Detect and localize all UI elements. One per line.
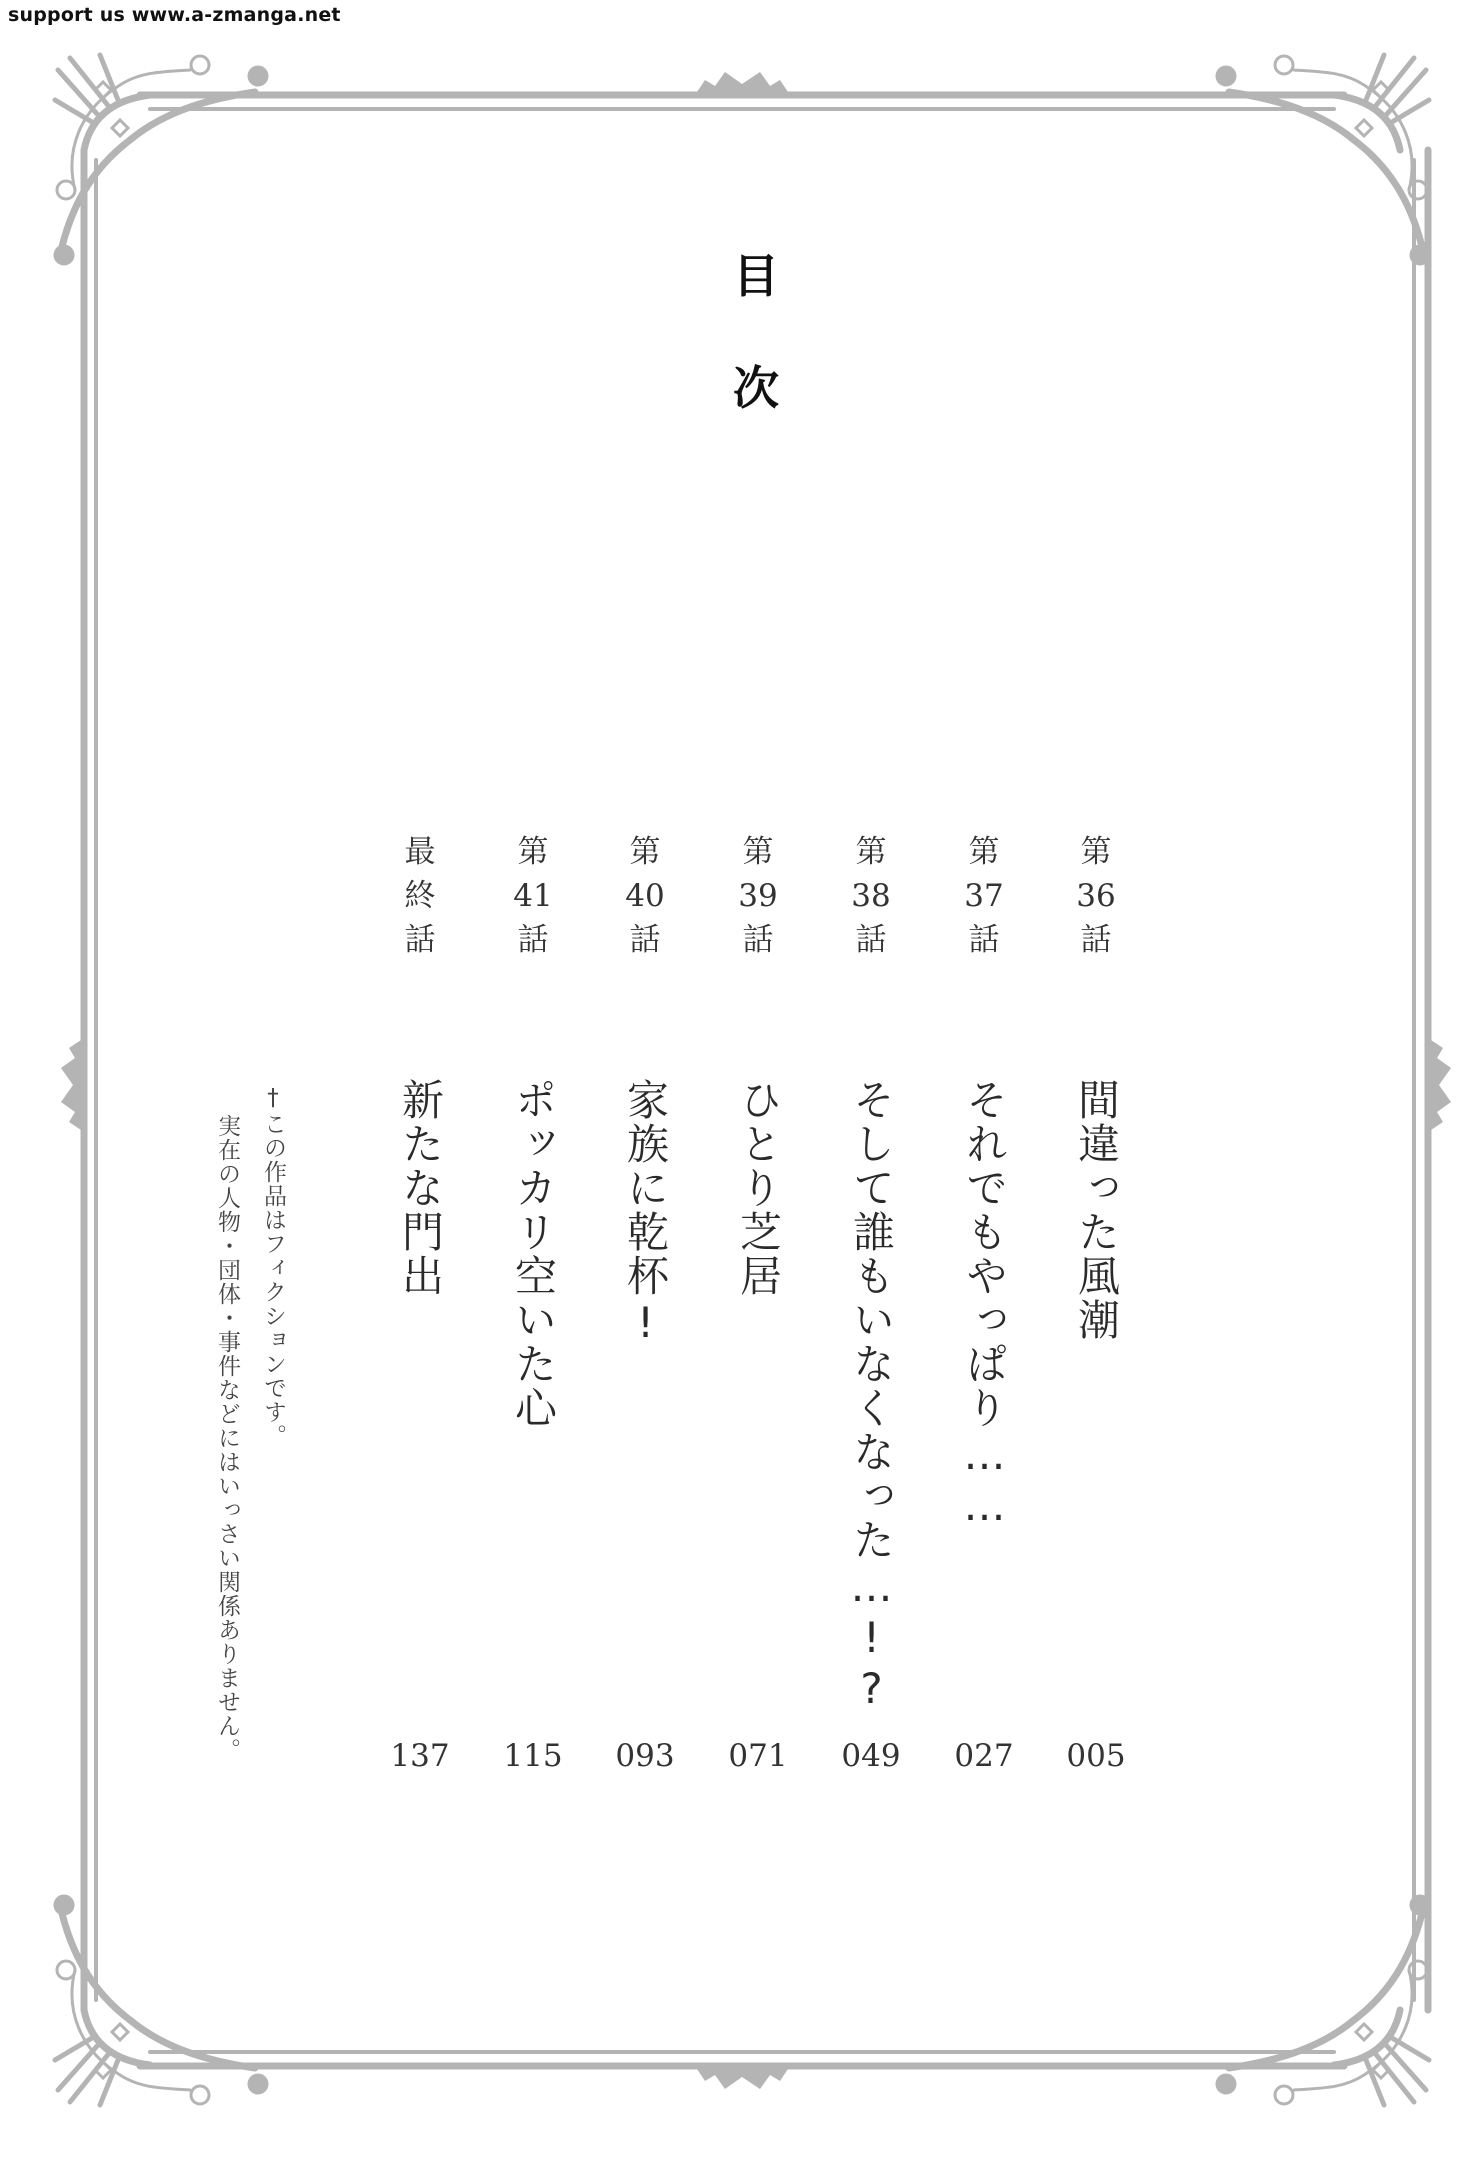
- chapter-title: そして誰もいなくなった…!?: [841, 1078, 901, 1715]
- chapter-label: 第38話: [841, 830, 901, 962]
- chapter-number: 終: [405, 874, 436, 918]
- chapter-title: 新たな門出: [390, 1078, 450, 1298]
- chapter-label: 第36話: [1066, 830, 1126, 962]
- chapter-label: 第37話: [954, 830, 1014, 962]
- chapter-title: 間違った風潮: [1066, 1078, 1126, 1342]
- chapter-title: ポッカリ空いた心: [503, 1078, 563, 1430]
- chapter-page-number: 027: [944, 1738, 1024, 1774]
- chapter-label-prefix: 最: [405, 830, 436, 874]
- chapter-label-prefix: 第: [1076, 830, 1115, 874]
- chapter-label-suffix: 話: [405, 918, 436, 962]
- chapter-label-suffix: 話: [513, 918, 552, 962]
- chapter-number: 37: [964, 874, 1003, 918]
- chapter-number: 39: [738, 874, 777, 918]
- disclaimer-line-2: 実在の人物・団体・事件などにはいっさい関係ありません。: [212, 1114, 242, 1762]
- chapter-page-number: 049: [831, 1738, 911, 1774]
- chapter-label: 第39話: [728, 830, 788, 962]
- chapter-page-number: 137: [380, 1738, 460, 1774]
- chapter-page-number: 115: [493, 1738, 573, 1774]
- chapter-label: 第41話: [503, 830, 563, 962]
- chapter-label-prefix: 第: [964, 830, 1003, 874]
- heading-char-2: 次: [726, 352, 786, 418]
- chapter-label-prefix: 第: [625, 830, 664, 874]
- chapter-number: 36: [1076, 874, 1115, 918]
- chapter-label-prefix: 第: [851, 830, 890, 874]
- chapter-page-number: 071: [718, 1738, 798, 1774]
- chapter-title: それでもやっぱり……: [954, 1078, 1014, 1532]
- chapter-label-suffix: 話: [738, 918, 777, 962]
- chapter-label-suffix: 話: [625, 918, 664, 962]
- chapter-label-prefix: 第: [513, 830, 552, 874]
- chapter-label-prefix: 第: [738, 830, 777, 874]
- chapter-number: 38: [851, 874, 890, 918]
- chapter-page-number: 093: [605, 1738, 685, 1774]
- chapter-label-suffix: 話: [1076, 918, 1115, 962]
- chapter-label-suffix: 話: [964, 918, 1003, 962]
- chapter-title: 家族に乾杯!: [615, 1078, 675, 1349]
- chapter-number: 40: [625, 874, 664, 918]
- chapter-number: 41: [513, 874, 552, 918]
- chapter-label: 最終話: [390, 830, 450, 962]
- chapter-title: ひとり芝居: [728, 1078, 788, 1298]
- chapter-label: 第40話: [615, 830, 675, 962]
- chapter-page-number: 005: [1056, 1738, 1136, 1774]
- disclaimer-line-1: †この作品はフィクションです。: [258, 1085, 288, 1448]
- heading-char-1: 目: [726, 240, 786, 306]
- chapter-label-suffix: 話: [851, 918, 890, 962]
